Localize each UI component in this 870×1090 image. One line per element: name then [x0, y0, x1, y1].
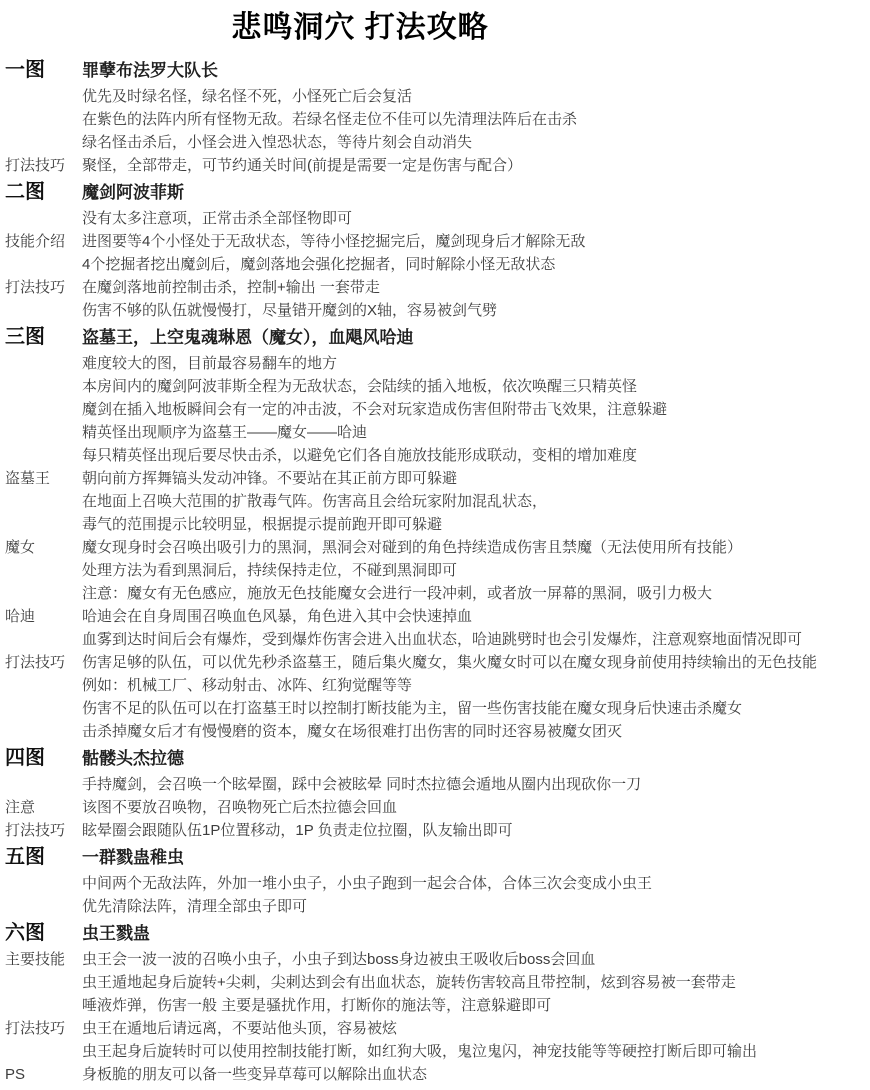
row-text: 例如：机械工厂、移动射击、冰阵、红狗觉醒等等 — [82, 674, 412, 697]
row-text: 该图不要放召唤物，召唤物死亡后杰拉德会回血 — [82, 796, 397, 819]
row-text: 虫王在遁地后请远离，不要站他头顶，容易被炫 — [82, 1017, 397, 1040]
row-text: 眩晕圈会跟随队伍1P位置移动，1P 负责走位拉圈，队友输出即可 — [82, 819, 513, 842]
guide-row: 盗墓王朝向前方挥舞镐头发动冲锋。不要站在其正前方即可躲避 — [2, 467, 862, 490]
guide-row: 优先及时绿名怪，绿名怪不死，小怪死亡后会复活 — [2, 85, 862, 108]
guide-document: 悲鸣洞穴 打法攻略 一图罪孽布法罗大队长优先及时绿名怪，绿名怪不死，小怪死亡后会… — [0, 0, 870, 1090]
row-label — [2, 85, 82, 108]
guide-row: 注意：魔女有无色感应，施放无色技能魔女会进行一段冲刺，或者放一屏幕的黑洞，吸引力… — [2, 582, 862, 605]
section-boss-title: 盗墓王，上空鬼魂琳恩（魔女），血飓风哈迪 — [82, 326, 414, 350]
row-text: 血雾到达时间后会有爆炸，受到爆炸伤害会进入出血状态，哈迪跳劈时也会引发爆炸，注意… — [82, 628, 802, 651]
row-text: 中间两个无敌法阵，外加一堆小虫子，小虫子跑到一起会合体，合体三次会变成小虫王 — [82, 872, 652, 895]
row-label — [2, 994, 82, 1017]
guide-section: 四图骷髅头杰拉德手持魔剑，会召唤一个眩晕圈，踩中会被眩晕 同时杰拉德会遁地从圈内… — [2, 746, 862, 842]
row-text: 优先及时绿名怪，绿名怪不死，小怪死亡后会复活 — [82, 85, 412, 108]
row-label: 魔女 — [2, 536, 82, 559]
guide-section: 三图盗墓王，上空鬼魂琳恩（魔女），血飓风哈迪难度较大的图，目前最容易翻车的地方本… — [2, 325, 862, 743]
row-label: 打法技巧 — [2, 154, 82, 177]
row-text: 在地面上召唤大范围的扩散毒气阵。伤害高且会给玩家附加混乱状态， — [82, 490, 547, 513]
row-text: 手持魔剑，会召唤一个眩晕圈，踩中会被眩晕 同时杰拉德会遁地从圈内出现砍你一刀 — [82, 773, 641, 796]
row-text: 绿名怪击杀后，小怪会进入惶恐状态，等待片刻会自动消失 — [82, 131, 472, 154]
guide-row: 打法技巧虫王在遁地后请远离，不要站他头顶，容易被炫 — [2, 1017, 862, 1040]
row-text: 魔女现身时会召唤出吸引力的黑洞，黑洞会对碰到的角色持续造成伤害且禁魔（无法使用所… — [82, 536, 742, 559]
row-text: 魔剑在插入地板瞬间会有一定的冲击波，不会对玩家造成伤害但附带击飞效果，注意躲避 — [82, 398, 667, 421]
row-label — [2, 253, 82, 276]
row-label: 打法技巧 — [2, 276, 82, 299]
row-label — [2, 1040, 82, 1063]
section-number: 六图 — [2, 921, 82, 945]
guide-row: 哈迪哈迪会在自身周围召唤血色风暴，角色进入其中会快速掉血 — [2, 605, 862, 628]
row-label — [2, 773, 82, 796]
row-label: 打法技巧 — [2, 819, 82, 842]
guide-row: 每只精英怪出现后要尽快击杀，以避免它们各自施放技能形成联动，变相的增加难度 — [2, 444, 862, 467]
row-label — [2, 421, 82, 444]
row-text: 虫王起身后旋转时可以使用控制技能打断，如红狗大吸，鬼泣鬼闪，神宠技能等等硬控打断… — [82, 1040, 757, 1063]
guide-row: 优先清除法阵，清理全部虫子即可 — [2, 895, 862, 918]
row-label — [2, 582, 82, 605]
guide-row: 本房间内的魔剑阿波菲斯全程为无敌状态，会陆续的插入地板，依次唤醒三只精英怪 — [2, 375, 862, 398]
section-header: 六图虫王戮蛊 — [2, 921, 862, 946]
guide-row: 唾液炸弹，伤害一般 主要是骚扰作用，打断你的施法等，注意躲避即可 — [2, 994, 862, 1017]
row-text: 虫王遁地起身后旋转+尖刺，尖刺达到会有出血状态，旋转伤害较高且带控制，炫到容易被… — [82, 971, 736, 994]
row-text: 在紫色的法阵内所有怪物无敌。若绿名怪走位不佳可以先清理法阵后在击杀 — [82, 108, 577, 131]
row-text: 优先清除法阵，清理全部虫子即可 — [82, 895, 307, 918]
guide-row: 例如：机械工厂、移动射击、冰阵、红狗觉醒等等 — [2, 674, 862, 697]
guide-row: 绿名怪击杀后，小怪会进入惶恐状态，等待片刻会自动消失 — [2, 131, 862, 154]
guide-row: 伤害不够的队伍就慢慢打，尽量错开魔剑的X轴，容易被剑气劈 — [2, 299, 862, 322]
section-number: 二图 — [2, 180, 82, 204]
section-boss-title: 一群戮蛊稚虫 — [82, 846, 184, 870]
row-label: PS — [2, 1063, 82, 1086]
guide-row: 难度较大的图，目前最容易翻车的地方 — [2, 352, 862, 375]
guide-row: 技能介绍进图要等4个小怪处于无敌状态，等待小怪挖掘完后，魔剑现身后才解除无敌 — [2, 230, 862, 253]
row-text: 哈迪会在自身周围召唤血色风暴，角色进入其中会快速掉血 — [82, 605, 472, 628]
row-text: 毒气的范围提示比较明显，根据提示提前跑开即可躲避 — [82, 513, 442, 536]
guide-row: 打法技巧眩晕圈会跟随队伍1P位置移动，1P 负责走位拉圈，队友输出即可 — [2, 819, 862, 842]
row-label: 哈迪 — [2, 605, 82, 628]
guide-row: 打法技巧在魔剑落地前控制击杀，控制+输出 一套带走 — [2, 276, 862, 299]
row-label — [2, 444, 82, 467]
row-text: 注意：魔女有无色感应，施放无色技能魔女会进行一段冲刺，或者放一屏幕的黑洞，吸引力… — [82, 582, 712, 605]
guide-row: 中间两个无敌法阵，外加一堆小虫子，小虫子跑到一起会合体，合体三次会变成小虫王 — [2, 872, 862, 895]
guide-row: PS身板脆的朋友可以备一些变异草莓可以解除出血状态 — [2, 1063, 862, 1086]
guide-section: 五图一群戮蛊稚虫中间两个无敌法阵，外加一堆小虫子，小虫子跑到一起会合体，合体三次… — [2, 845, 862, 918]
guide-row: 在地面上召唤大范围的扩散毒气阵。伤害高且会给玩家附加混乱状态， — [2, 490, 862, 513]
row-label — [2, 398, 82, 421]
guide-row: 血雾到达时间后会有爆炸，受到爆炸伤害会进入出血状态，哈迪跳劈时也会引发爆炸，注意… — [2, 628, 862, 651]
row-label — [2, 513, 82, 536]
sections-container: 一图罪孽布法罗大队长优先及时绿名怪，绿名怪不死，小怪死亡后会复活在紫色的法阵内所… — [2, 58, 862, 1086]
guide-section: 一图罪孽布法罗大队长优先及时绿名怪，绿名怪不死，小怪死亡后会复活在紫色的法阵内所… — [2, 58, 862, 177]
row-label — [2, 872, 82, 895]
guide-row: 在紫色的法阵内所有怪物无敌。若绿名怪走位不佳可以先清理法阵后在击杀 — [2, 108, 862, 131]
row-text: 朝向前方挥舞镐头发动冲锋。不要站在其正前方即可躲避 — [82, 467, 457, 490]
guide-row: 精英怪出现顺序为盗墓王——魔女——哈迪 — [2, 421, 862, 444]
section-boss-title: 虫王戮蛊 — [82, 922, 150, 946]
row-label: 打法技巧 — [2, 651, 82, 674]
row-text: 伤害不足的队伍可以在打盗墓王时以控制打断技能为主，留一些伤害技能在魔女现身后快速… — [82, 697, 742, 720]
row-text: 难度较大的图，目前最容易翻车的地方 — [82, 352, 337, 375]
row-label: 打法技巧 — [2, 1017, 82, 1040]
row-label: 注意 — [2, 796, 82, 819]
section-boss-title: 魔剑阿波菲斯 — [82, 181, 184, 205]
row-label: 主要技能 — [2, 948, 82, 971]
row-text: 精英怪出现顺序为盗墓王——魔女——哈迪 — [82, 421, 367, 444]
row-label — [2, 895, 82, 918]
row-label — [2, 207, 82, 230]
row-text: 击杀掉魔女后才有慢慢磨的资本，魔女在场很难打出伤害的同时还容易被魔女团灭 — [82, 720, 622, 743]
row-text: 本房间内的魔剑阿波菲斯全程为无敌状态，会陆续的插入地板，依次唤醒三只精英怪 — [82, 375, 637, 398]
row-text: 处理方法为看到黑洞后，持续保持走位，不碰到黑洞即可 — [82, 559, 457, 582]
section-header: 五图一群戮蛊稚虫 — [2, 845, 862, 870]
row-label — [2, 108, 82, 131]
guide-row: 魔剑在插入地板瞬间会有一定的冲击波，不会对玩家造成伤害但附带击飞效果，注意躲避 — [2, 398, 862, 421]
guide-row: 毒气的范围提示比较明显，根据提示提前跑开即可躲避 — [2, 513, 862, 536]
section-number: 五图 — [2, 845, 82, 869]
row-label — [2, 674, 82, 697]
row-label — [2, 559, 82, 582]
guide-row: 打法技巧聚怪，全部带走，可节约通关时间(前提是需要一定是伤害与配合） — [2, 154, 862, 177]
row-text: 唾液炸弹，伤害一般 主要是骚扰作用，打断你的施法等，注意躲避即可 — [82, 994, 551, 1017]
row-label — [2, 628, 82, 651]
row-label — [2, 375, 82, 398]
row-text: 身板脆的朋友可以备一些变异草莓可以解除出血状态 — [82, 1063, 427, 1086]
section-header: 二图魔剑阿波菲斯 — [2, 180, 862, 205]
guide-row: 魔女魔女现身时会召唤出吸引力的黑洞，黑洞会对碰到的角色持续造成伤害且禁魔（无法使… — [2, 536, 862, 559]
section-boss-title: 罪孽布法罗大队长 — [82, 59, 218, 83]
row-label: 盗墓王 — [2, 467, 82, 490]
row-text: 在魔剑落地前控制击杀，控制+输出 一套带走 — [82, 276, 380, 299]
row-label: 技能介绍 — [2, 230, 82, 253]
row-label — [2, 299, 82, 322]
row-label — [2, 971, 82, 994]
guide-row: 主要技能虫王会一波一波的召唤小虫子，小虫子到达boss身边被虫王吸收后boss会… — [2, 948, 862, 971]
guide-row: 处理方法为看到黑洞后，持续保持走位，不碰到黑洞即可 — [2, 559, 862, 582]
row-label — [2, 352, 82, 375]
guide-row: 手持魔剑，会召唤一个眩晕圈，踩中会被眩晕 同时杰拉德会遁地从圈内出现砍你一刀 — [2, 773, 862, 796]
guide-section: 六图虫王戮蛊主要技能虫王会一波一波的召唤小虫子，小虫子到达boss身边被虫王吸收… — [2, 921, 862, 1086]
section-number: 一图 — [2, 58, 82, 82]
section-header: 四图骷髅头杰拉德 — [2, 746, 862, 771]
row-text: 每只精英怪出现后要尽快击杀，以避免它们各自施放技能形成联动，变相的增加难度 — [82, 444, 637, 467]
guide-row: 伤害不足的队伍可以在打盗墓王时以控制打断技能为主，留一些伤害技能在魔女现身后快速… — [2, 697, 862, 720]
row-text: 进图要等4个小怪处于无敌状态，等待小怪挖掘完后，魔剑现身后才解除无敌 — [82, 230, 585, 253]
row-label — [2, 720, 82, 743]
row-label — [2, 490, 82, 513]
section-number: 四图 — [2, 746, 82, 770]
guide-row: 虫王遁地起身后旋转+尖刺，尖刺达到会有出血状态，旋转伤害较高且带控制，炫到容易被… — [2, 971, 862, 994]
section-number: 三图 — [2, 325, 82, 349]
row-text: 伤害不够的队伍就慢慢打，尽量错开魔剑的X轴，容易被剑气劈 — [82, 299, 497, 322]
guide-row: 注意该图不要放召唤物，召唤物死亡后杰拉德会回血 — [2, 796, 862, 819]
guide-row: 击杀掉魔女后才有慢慢磨的资本，魔女在场很难打出伤害的同时还容易被魔女团灭 — [2, 720, 862, 743]
row-label — [2, 697, 82, 720]
guide-row: 虫王起身后旋转时可以使用控制技能打断，如红狗大吸，鬼泣鬼闪，神宠技能等等硬控打断… — [2, 1040, 862, 1063]
guide-row: 没有太多注意项，正常击杀全部怪物即可 — [2, 207, 862, 230]
row-text: 伤害足够的队伍，可以优先秒杀盗墓王，随后集火魔女，集火魔女时可以在魔女现身前使用… — [82, 651, 817, 674]
section-boss-title: 骷髅头杰拉德 — [82, 747, 184, 771]
section-header: 一图罪孽布法罗大队长 — [2, 58, 862, 83]
row-text: 聚怪，全部带走，可节约通关时间(前提是需要一定是伤害与配合） — [82, 154, 522, 177]
row-label — [2, 131, 82, 154]
row-text: 没有太多注意项，正常击杀全部怪物即可 — [82, 207, 352, 230]
row-text: 4个挖掘者挖出魔剑后，魔剑落地会强化挖掘者，同时解除小怪无敌状态 — [82, 253, 555, 276]
page-title: 悲鸣洞穴 打法攻略 — [2, 10, 718, 46]
row-text: 虫王会一波一波的召唤小虫子，小虫子到达boss身边被虫王吸收后boss会回血 — [82, 948, 595, 971]
guide-section: 二图魔剑阿波菲斯没有太多注意项，正常击杀全部怪物即可技能介绍进图要等4个小怪处于… — [2, 180, 862, 322]
guide-row: 4个挖掘者挖出魔剑后，魔剑落地会强化挖掘者，同时解除小怪无敌状态 — [2, 253, 862, 276]
section-header: 三图盗墓王，上空鬼魂琳恩（魔女），血飓风哈迪 — [2, 325, 862, 350]
guide-row: 打法技巧伤害足够的队伍，可以优先秒杀盗墓王，随后集火魔女，集火魔女时可以在魔女现… — [2, 651, 862, 674]
